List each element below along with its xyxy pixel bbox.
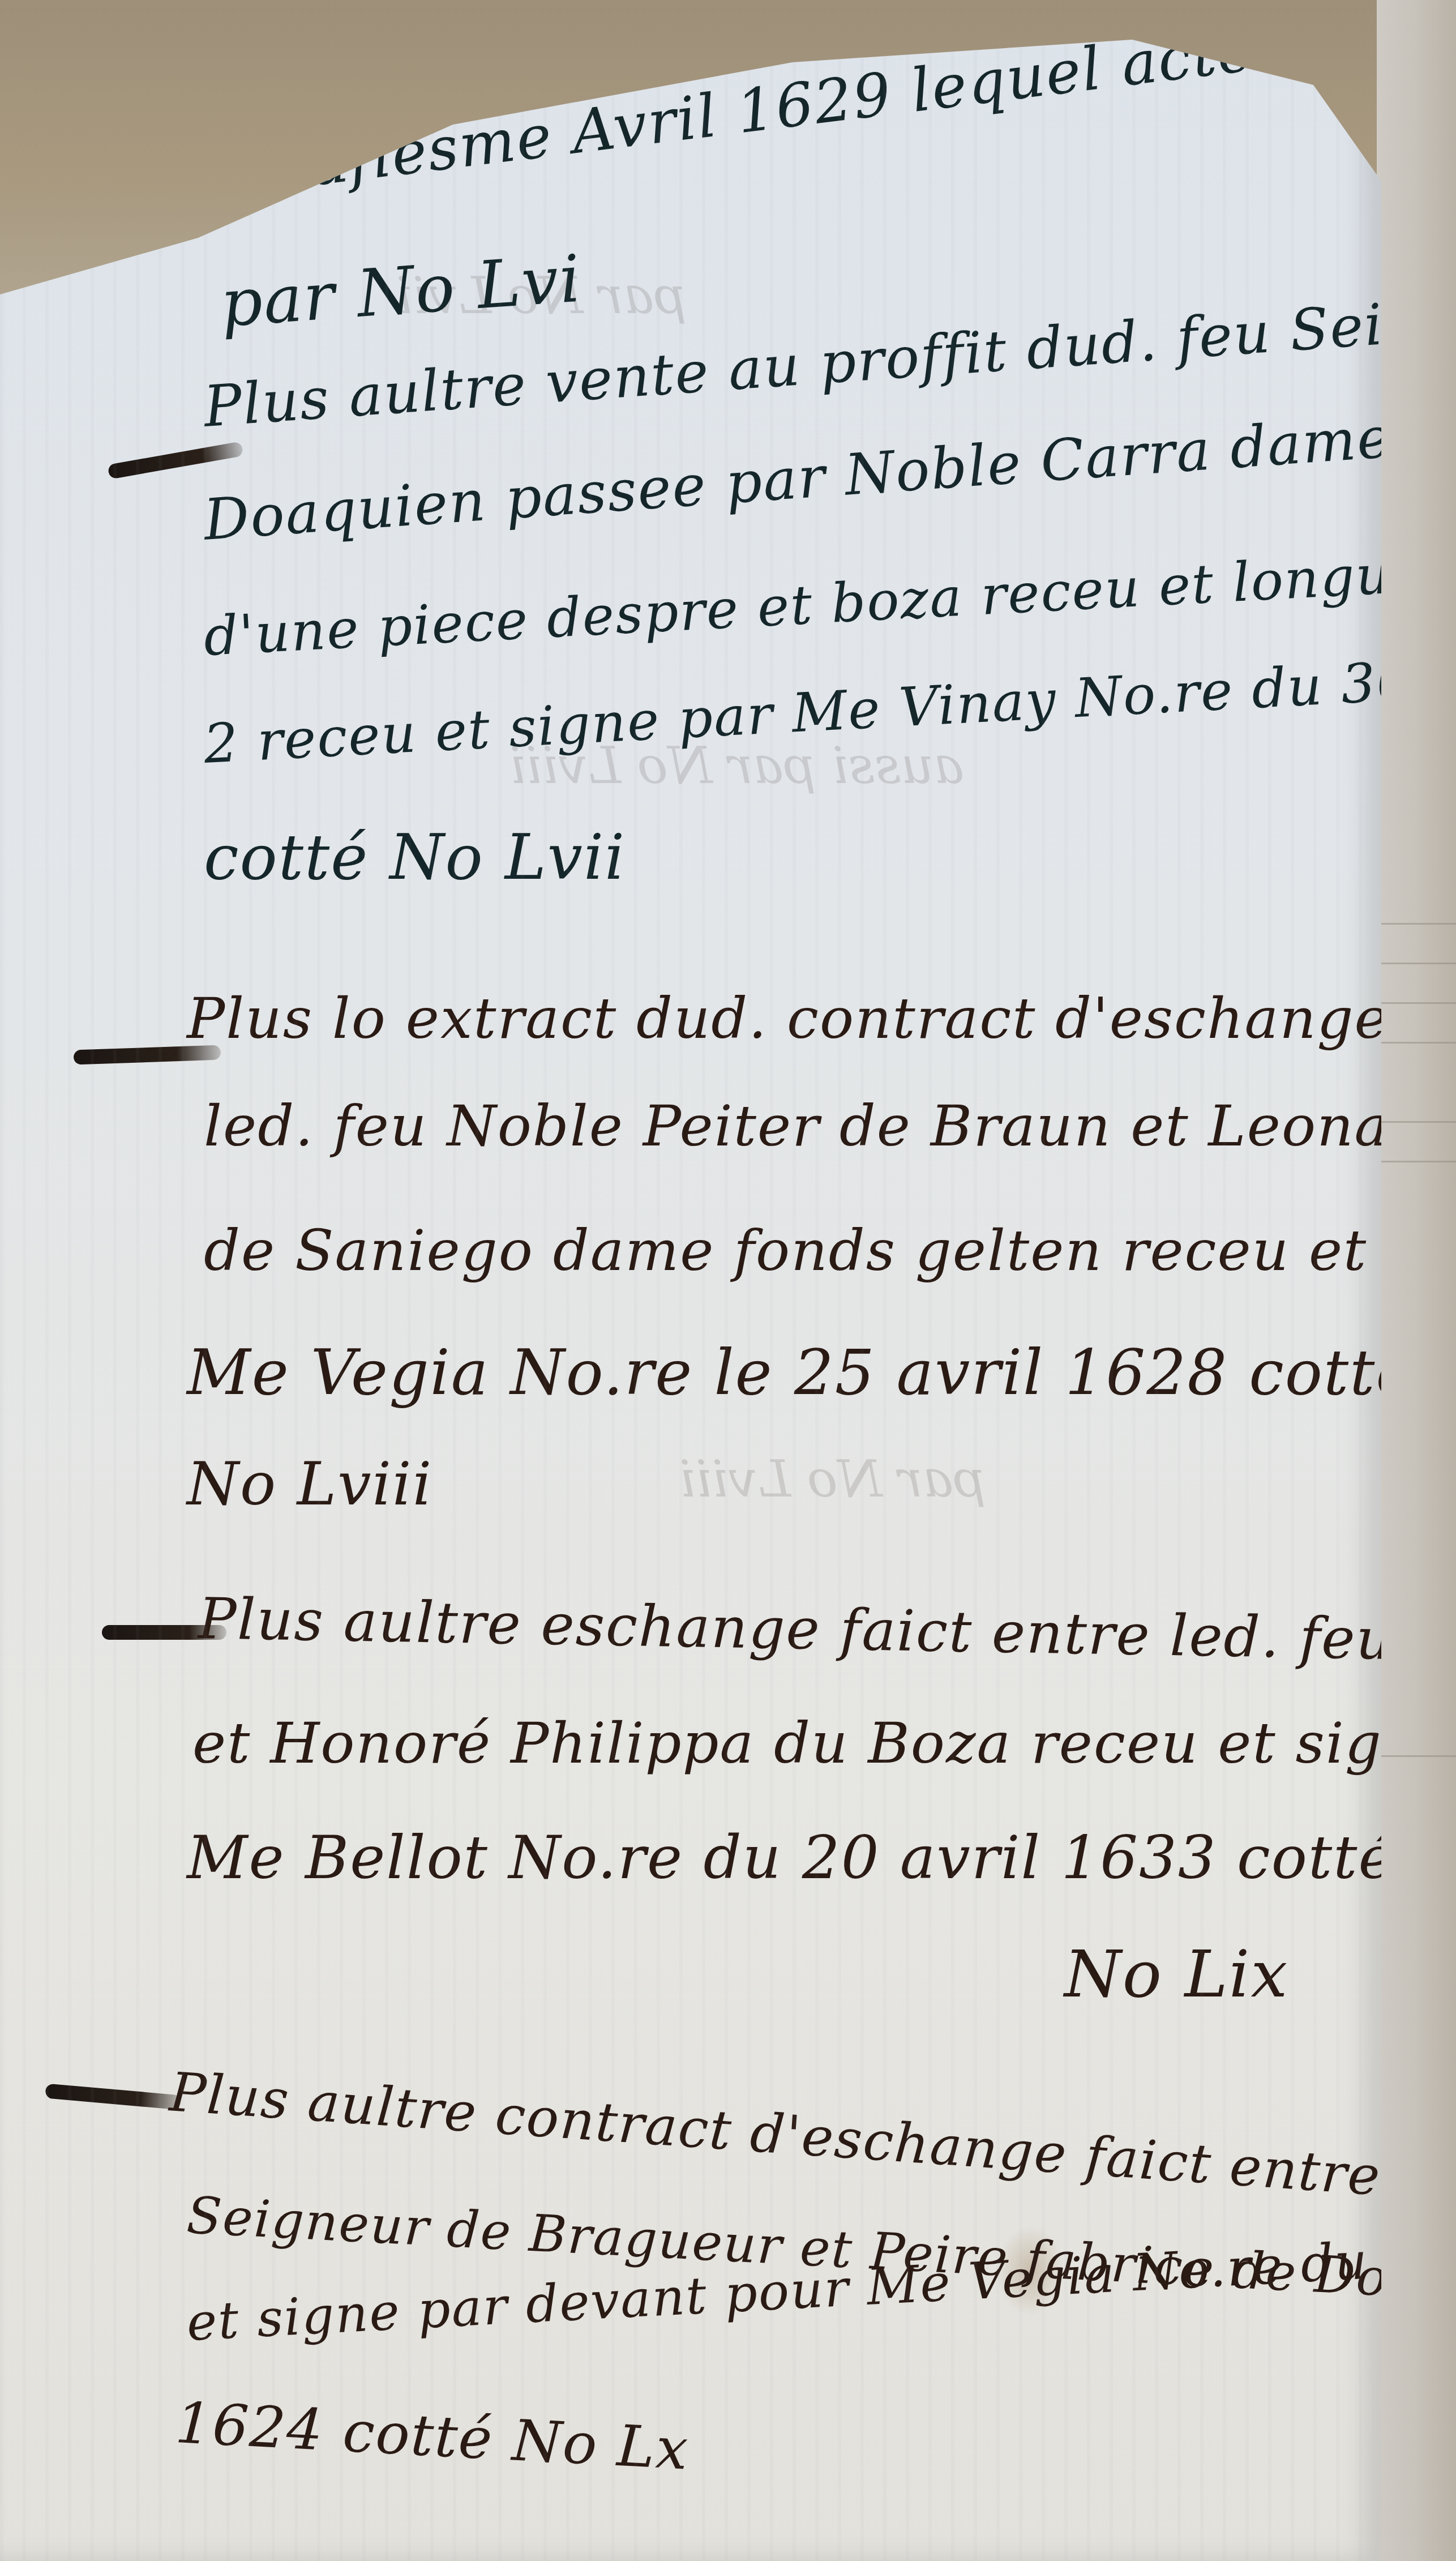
manuscript-line: Doaquien passee par Noble Carra dame Teb… — [202, 386, 1456, 553]
bleed-through: par No Lviii — [679, 1450, 986, 1509]
manuscript-line: Plus lo extract dud. contract d'eschange… — [187, 985, 1456, 1051]
item-marker-flourish — [102, 1625, 226, 1640]
item-marker-flourish — [74, 1045, 221, 1064]
page-stack-edge — [1377, 0, 1456, 2561]
item-marker-flourish — [45, 2084, 181, 2110]
manuscript-line: par No Lvi — [218, 241, 584, 342]
manuscript-line: No Lix — [1064, 1936, 1288, 2012]
manuscript-line: 1624 cotté No Lx — [174, 2389, 691, 2482]
manuscript-line: d'une piece despre et boza receu et long… — [202, 527, 1456, 668]
manuscript-line: Me Vegia No.re le 25 avril 1628 cotté — [187, 1336, 1414, 1409]
manuscript-line: et signe par devant pour Me Vegia No.re … — [185, 2227, 1454, 2353]
manuscript-page: par No Lvii aussi par No Lviii par No Lv… — [0, 0, 1381, 2561]
item-marker-flourish — [108, 441, 244, 479]
bleed-through: aussi par No Lviii — [509, 736, 964, 796]
manuscript-line: 2 receu et signe par Me Vinay No.re du 3… — [202, 643, 1456, 776]
manuscript-line: et Honoré Philippa du Boza receu et sign… — [192, 1710, 1456, 1776]
manuscript-line: Plus aultre contract d'eschange faict en… — [168, 2061, 1383, 2208]
bleed-through: par No Lvii — [396, 266, 687, 326]
manuscript-line: Me Bellot No.re du 20 avril 1633 cotté — [187, 1823, 1395, 1892]
manuscript-line: Plus aultre eschange faict entre led. fe… — [198, 1585, 1456, 1675]
manuscript-line: cotté No Lvii — [204, 821, 626, 893]
manuscript-line: led. feu Noble Peiter de Braun et Leonar… — [204, 1093, 1456, 1159]
manuscript-line: Plus aultre vente au proffit dud. feu Se… — [202, 279, 1456, 440]
manuscript-line: de Saniego dame fonds gelten receu et si… — [204, 1217, 1456, 1284]
manuscript-line: Seigneur de Bragueur et Peire fabrice de… — [185, 2186, 1456, 2318]
manuscript-line: No Lviii — [187, 1450, 432, 1519]
paper-stain — [996, 2225, 1064, 2316]
